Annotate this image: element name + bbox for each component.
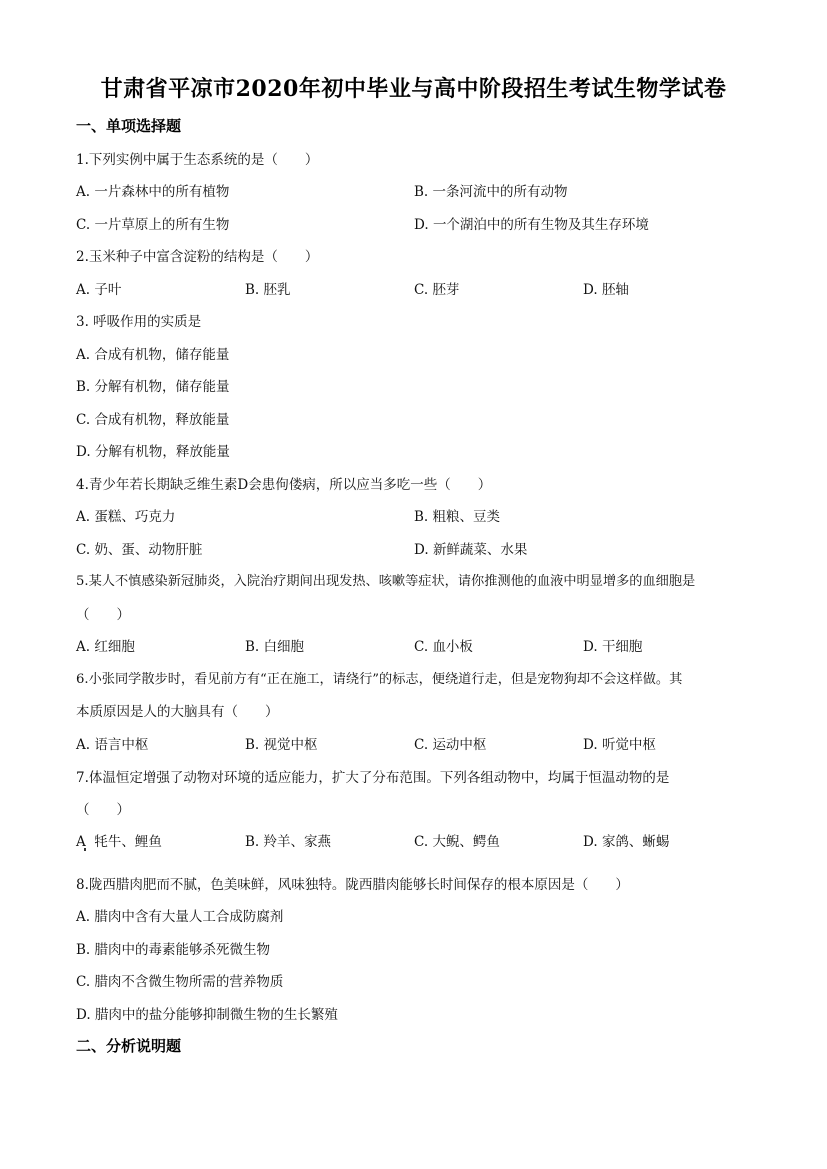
stray-dot-mark: [84, 848, 86, 851]
question-8-option-d[interactable]: D. 腊肉中的盐分能够抑制微生物的生长繁殖: [76, 1003, 338, 1023]
option-letter: B.: [245, 282, 259, 298]
option-text: 血小板: [432, 639, 473, 655]
question-8-option-c[interactable]: C. 腊肉不含微生物所需的营养物质: [76, 970, 283, 990]
option-text: 胚乳: [264, 282, 291, 298]
option-text: 干细胞: [602, 639, 643, 655]
option-letter: B.: [245, 834, 259, 850]
question-1-stem: 1.下列实例中属于生态系统的是（ ）: [76, 148, 318, 168]
option-letter: D.: [583, 737, 598, 753]
option-letter: C.: [76, 974, 90, 990]
question-3-option-d[interactable]: D. 分解有机物，释放能量: [76, 440, 230, 460]
question-6-option-c[interactable]: C. 运动中枢: [414, 733, 486, 753]
question-7-option-c[interactable]: C. 大鲵、鳄鱼: [414, 830, 500, 850]
option-letter: A.: [76, 347, 90, 363]
option-text: 合成有机物，释放能量: [94, 412, 229, 428]
option-text: 牦牛、鲤鱼: [94, 834, 162, 850]
option-text: 运动中枢: [432, 737, 486, 753]
option-text: 腊肉中含有大量人工合成防腐剂: [94, 909, 283, 925]
question-4-stem: 4.青少年若长期缺乏维生素D会患佝偻病，所以应当多吃一些（ ）: [76, 473, 491, 493]
option-letter: A.: [76, 282, 90, 298]
option-letter: C.: [76, 217, 90, 233]
option-text: 腊肉中的毒素能够杀死微生物: [95, 942, 271, 958]
option-text: 合成有机物，储存能量: [94, 347, 229, 363]
option-letter: A.: [76, 909, 90, 925]
question-6-stem: 6.小张同学散步时，看见前方有“正在施工，请绕行”的标志，便绕道行走，但是宠物狗…: [76, 668, 682, 687]
option-letter: A.: [76, 639, 90, 655]
question-2-option-d[interactable]: D. 胚轴: [583, 278, 629, 298]
question-6-stem-continued: 本质原因是人的大脑具有（ ）: [76, 700, 279, 720]
option-text: 胚芽: [432, 282, 459, 298]
question-2-option-b[interactable]: B. 胚乳: [245, 278, 291, 298]
option-text: 分解有机物，储存能量: [95, 379, 230, 395]
question-3-option-c[interactable]: C. 合成有机物，释放能量: [76, 408, 229, 428]
option-text: 分解有机物，释放能量: [95, 444, 230, 460]
option-text: 白细胞: [264, 639, 305, 655]
question-4-option-c[interactable]: C. 奶、蛋、动物肝脏: [76, 538, 202, 558]
question-3-option-b[interactable]: B. 分解有机物，储存能量: [76, 375, 230, 395]
option-text: 一片草原上的所有生物: [94, 217, 229, 233]
option-text: 家鸽、蜥蜴: [602, 834, 670, 850]
option-letter: A.: [76, 737, 90, 753]
question-6-option-a[interactable]: A. 语言中枢: [76, 733, 148, 753]
option-text: 听觉中枢: [602, 737, 656, 753]
option-letter: C.: [414, 639, 428, 655]
option-letter: A.: [76, 509, 90, 525]
section-heading-single-choice: 一、单项选择题: [76, 115, 181, 136]
option-letter: B.: [414, 509, 428, 525]
question-7-stem: 7.体温恒定增强了动物对环境的适应能力，扩大了分布范围。下列各组动物中，均属于恒…: [76, 766, 669, 786]
question-2-option-c[interactable]: C. 胚芽: [414, 278, 459, 298]
question-4-option-d[interactable]: D. 新鲜蔬菜、水果: [414, 538, 527, 558]
exam-page: 甘肃省平凉市2020年初中毕业与高中阶段招生考试生物学试卷 一、单项选择题 1.…: [0, 0, 827, 1169]
option-text: 新鲜蔬菜、水果: [433, 542, 528, 558]
question-2-stem: 2.玉米种子中富含淀粉的结构是（ ）: [76, 245, 318, 265]
option-letter: D.: [414, 217, 429, 233]
question-1-option-b[interactable]: B. 一条河流中的所有动物: [414, 180, 568, 200]
option-text: 一条河流中的所有动物: [433, 184, 568, 200]
question-8-stem: 8.陇西腊肉肥而不腻，色美味鲜，风味独特。陇西腊肉能够长时间保存的根本原因是（ …: [76, 873, 629, 893]
question-6-option-d[interactable]: D. 听觉中枢: [583, 733, 656, 753]
option-letter: B.: [414, 184, 428, 200]
question-2-option-a[interactable]: A. 子叶: [76, 278, 121, 298]
question-5-option-a[interactable]: A. 红细胞: [76, 635, 135, 655]
option-text: 语言中枢: [94, 737, 148, 753]
question-5-option-d[interactable]: D. 干细胞: [583, 635, 642, 655]
question-1-option-c[interactable]: C. 一片草原上的所有生物: [76, 213, 229, 233]
option-letter: D.: [76, 1007, 91, 1023]
option-text: 红细胞: [94, 639, 135, 655]
question-4-option-b[interactable]: B. 粗粮、豆类: [414, 505, 500, 525]
option-text: 羚羊、家燕: [264, 834, 332, 850]
option-text: 子叶: [94, 282, 121, 298]
question-7-option-d[interactable]: D. 家鸽、蜥蜴: [583, 830, 669, 850]
option-text: 视觉中枢: [264, 737, 318, 753]
option-letter: D.: [583, 639, 598, 655]
question-5-stem: 5.某人不慎感染新冠肺炎，入院治疗期间出现发热、咳嗽等症状，请你推测他的血液中明…: [76, 570, 695, 589]
option-letter: D.: [414, 542, 429, 558]
option-text: 胚轴: [602, 282, 629, 298]
option-letter: B.: [76, 379, 90, 395]
option-letter: B.: [245, 737, 259, 753]
option-letter: C.: [76, 542, 90, 558]
question-5-option-c[interactable]: C. 血小板: [414, 635, 473, 655]
question-4-option-a[interactable]: A. 蛋糕、巧克力: [76, 505, 175, 525]
option-letter: B.: [76, 942, 90, 958]
option-letter: D.: [583, 834, 598, 850]
question-3-stem: 3. 呼吸作用的实质是: [76, 310, 201, 330]
option-text: 腊肉中的盐分能够抑制微生物的生长繁殖: [95, 1007, 338, 1023]
question-7-option-b[interactable]: B. 羚羊、家燕: [245, 830, 331, 850]
option-letter: C.: [414, 737, 428, 753]
option-text: 蛋糕、巧克力: [94, 509, 175, 525]
option-text: 一个湖泊中的所有生物及其生存环境: [433, 217, 649, 233]
question-7-option-a[interactable]: A 牦牛、鲤鱼: [76, 830, 162, 850]
question-6-option-b[interactable]: B. 视觉中枢: [245, 733, 318, 753]
option-letter: C.: [414, 834, 428, 850]
option-text: 奶、蛋、动物肝脏: [94, 542, 202, 558]
question-1-option-a[interactable]: A. 一片森林中的所有植物: [76, 180, 229, 200]
question-5-option-b[interactable]: B. 白细胞: [245, 635, 304, 655]
option-text: 粗粮、豆类: [433, 509, 501, 525]
option-letter: D.: [583, 282, 598, 298]
question-7-stem-continued: （ ）: [76, 798, 130, 818]
option-text: 大鲵、鳄鱼: [432, 834, 500, 850]
question-1-option-d[interactable]: D. 一个湖泊中的所有生物及其生存环境: [414, 213, 649, 233]
section-heading-analysis: 二、分析说明题: [76, 1035, 181, 1056]
question-3-option-a[interactable]: A. 合成有机物，储存能量: [76, 343, 229, 363]
option-text: 一片森林中的所有植物: [94, 184, 229, 200]
option-letter: B.: [245, 639, 259, 655]
option-letter: D.: [76, 444, 91, 460]
question-5-stem-continued: （ ）: [76, 603, 130, 623]
option-letter: C.: [414, 282, 428, 298]
exam-title: 甘肃省平凉市2020年初中毕业与高中阶段招生考试生物学试卷: [0, 72, 827, 103]
option-letter: C.: [76, 412, 90, 428]
question-8-option-a[interactable]: A. 腊肉中含有大量人工合成防腐剂: [76, 905, 283, 925]
option-letter: A.: [76, 184, 90, 200]
option-text: 腊肉不含微生物所需的营养物质: [94, 974, 283, 990]
question-8-option-b[interactable]: B. 腊肉中的毒素能够杀死微生物: [76, 938, 270, 958]
